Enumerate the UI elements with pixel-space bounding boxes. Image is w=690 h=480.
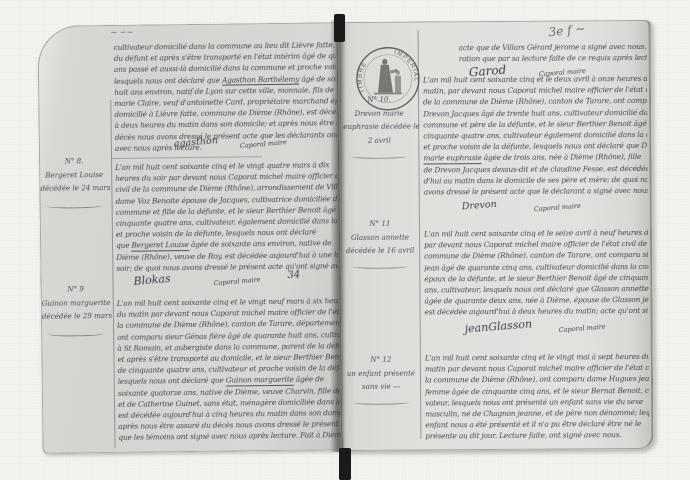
margin-note-line: N° 9: [42, 282, 110, 296]
act-text-block-9: L'an mil huit cent soixante cinq et le v…: [117, 295, 341, 448]
gutter-shadow: [330, 20, 346, 452]
handwritten-line: ration que par sa lecture faite de ce re…: [459, 52, 647, 65]
margin-note-line: décédée le 16 avril: [344, 244, 416, 258]
spine-bottom-mark: [339, 448, 351, 480]
act-text-block-11: L'an mil huit cent soixante cinq et le s…: [424, 227, 649, 321]
margin-note-line: décédée le 29 mars: [42, 309, 110, 323]
handwritten-line: avons dressé le présent acte que le décl…: [424, 185, 648, 198]
margin-note-line: Guinon marguerite: [42, 295, 110, 309]
right-page: 3e f ~ acte que de Villars Gérard jerome…: [340, 20, 654, 451]
margin-note-line: Bergeret Louise: [40, 167, 108, 181]
margin-underline-flourish: [48, 331, 104, 337]
signature-declarant: Blokas: [133, 272, 171, 288]
margin-note-act-9: N° 9Guinon margueritedécédée le 29 mars: [42, 282, 110, 323]
margin-note-line: N° 12: [345, 353, 417, 367]
signature-mayor: Caporal maire: [534, 202, 582, 214]
signature-mayor: Caporal maire: [213, 276, 261, 288]
margin-note-line: N° 11: [344, 217, 416, 231]
act-text-block-8: L'an mil huit cent soixante cinq et le v…: [115, 159, 338, 276]
handwritten-line: soir; de quoi nous avons dressé le prése…: [116, 260, 338, 274]
act-text-block-12: L'an mil huit cent soixante cinq et le v…: [425, 351, 650, 445]
margin-note-line: sans vie —: [345, 380, 417, 394]
margin-note-line: Glasson annette: [344, 230, 416, 244]
margin-note-line: 2 avril: [343, 133, 415, 147]
signature-mayor: Caporal maire: [558, 323, 606, 335]
margin-underline-flourish: [47, 203, 103, 209]
act-text-block-10: L'an mil huit cent soixante cinq et le d…: [423, 73, 648, 200]
underlined-name: marie euphrasie: [423, 154, 481, 165]
margin-note-act-8: N° 8.Bergeret Louisedécédée le 24 mars: [40, 154, 108, 195]
top-scribble: ~ ∽~: [110, 28, 133, 37]
underlined-name: Drevon: [641, 141, 647, 152]
scanned-register-spread: ~ ∽~ cultivateur domicilié dans la commu…: [0, 0, 690, 480]
underlined-name: Bergeret Louise: [131, 240, 188, 251]
margin-note-line: euphrasie décédée le: [343, 120, 415, 134]
spine-top-mark: [334, 14, 345, 42]
header-flourish: 3e f ~: [548, 21, 586, 39]
margin-note-line: Drevon marie: [343, 106, 415, 120]
signature-paraph: 34: [287, 269, 301, 281]
signature-declarant: Drevon: [461, 199, 497, 213]
margin-note-line: décédée le 24 mars: [40, 181, 108, 195]
handwritten-line: avec nous après lecture.: [115, 140, 337, 154]
margin-underline-flourish: [351, 154, 407, 159]
margin-note-line: N° 10.: [343, 93, 415, 107]
handwritten-line: que les témoins ont signé avec nous aprè…: [118, 430, 340, 444]
act-text-block-continuation: cultivateur domicilié dans la commune au…: [114, 39, 337, 157]
underlined-name: Guinon marguerite: [226, 375, 294, 386]
act-text-block-continuation: acte que de Villars Gérard jerome a sign…: [459, 41, 647, 66]
margin-note-act-12: N° 12un enfant présentésans vie —: [345, 353, 417, 394]
margin-note-line: un enfant présenté: [345, 366, 417, 380]
handwritten-line: présente au dit jour. Lecture faite, ont…: [425, 429, 649, 442]
margin-underline-flourish: [353, 400, 409, 405]
margin-note-act-10: N° 10.Drevon marieeuphrasie décédée le2 …: [343, 93, 415, 148]
margin-note-act-11: N° 11Glasson annettedécédée le 16 avril: [344, 217, 416, 258]
margin-underline-flourish: [352, 264, 408, 269]
handwritten-line: est décédée aujourd'hui à deux heures du…: [424, 305, 648, 318]
left-page: ~ ∽~ cultivateur domicilié dans la commu…: [37, 22, 342, 454]
margin-note-line: N° 8.: [40, 154, 108, 168]
stamp-figure-icon: [374, 59, 402, 95]
